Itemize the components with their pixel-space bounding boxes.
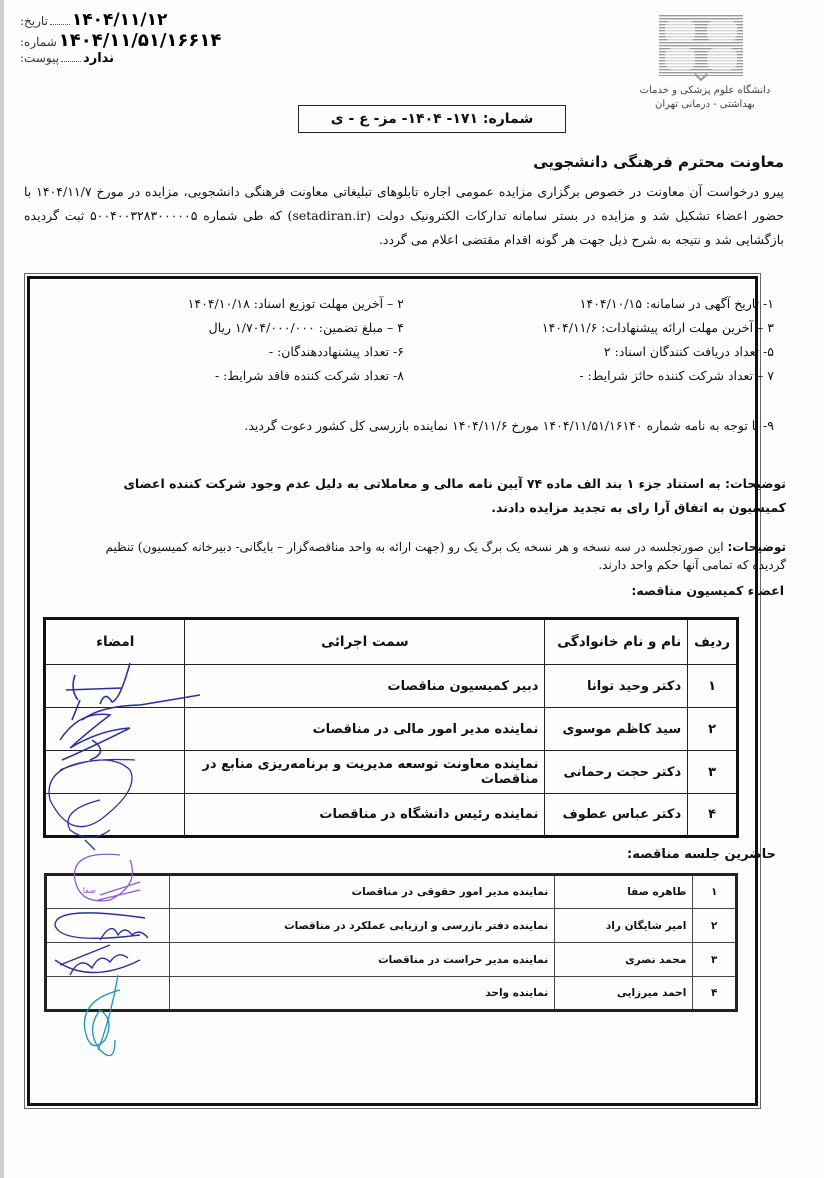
copies-note-label: توضیحات: xyxy=(727,540,786,554)
attachment-label: پیوست: xyxy=(20,51,59,65)
signature-cell xyxy=(46,909,170,943)
date-row: ۱۴۰۴/۱۱/۱۲ تاریخ: xyxy=(20,10,220,30)
attendee-name: امیر شایگان راد xyxy=(555,909,693,943)
row-number: ۲ xyxy=(688,708,738,751)
date-value: ۱۴۰۴/۱۱/۱۲ xyxy=(72,10,167,30)
table-row: ۴ دکتر عباس عطوف نماینده رئیس دانشگاه در… xyxy=(45,794,738,837)
row-number: ۱ xyxy=(693,875,737,909)
member-role: دبیر کمیسیون مناقصات xyxy=(185,665,545,708)
number-row: ۱۴۰۴/۱۱/۵۱/۱۶۶۱۴ شماره: xyxy=(20,30,220,51)
member-role: نماینده رئیس دانشگاه در مناقصات xyxy=(185,794,545,837)
details-row: ۳ – آخرین مهلت ارائه پیشنهادات: ۱۴۰۴/۱۱/… xyxy=(64,315,774,339)
attachment-value: ندارد xyxy=(83,51,114,66)
detail-item-3: ۳ – آخرین مهلت ارائه پیشنهادات: ۱۴۰۴/۱۱/… xyxy=(444,320,774,335)
signature-cell xyxy=(46,977,170,1011)
salutation: معاونت محترم فرهنگی دانشجویی xyxy=(533,153,784,171)
org-line-1: دانشگاه علوم پزشکی و خدمات xyxy=(610,84,800,98)
member-name: دکتر وحید توانا xyxy=(545,665,688,708)
member-name: سید کاظم موسوی xyxy=(545,708,688,751)
member-role: نماینده مدیر امور مالی در مناقصات xyxy=(185,708,545,751)
details-row: ۵- تعداد دریافت کنندگان اسناد: ۲ ۶- تعدا… xyxy=(64,339,774,363)
attendee-role: نماینده مدیر امور حقوقی در مناقصات xyxy=(169,875,555,909)
row-number: ۴ xyxy=(688,794,738,837)
row-number: ۳ xyxy=(693,943,737,977)
attendee-name: طاهره صفا xyxy=(555,875,693,909)
reference-number: شماره: ۱۷۱- ۱۴۰۴- مز- ع - ی xyxy=(298,105,566,133)
table-header-row: ردیف نام و نام خانوادگی سمت اجرائی امضاء xyxy=(45,619,738,665)
copies-note: توضیحات: این صورتجلسه در سه نسخه و هر نس… xyxy=(76,538,786,574)
table-row: ۲ سید کاظم موسوی نماینده مدیر امور مالی … xyxy=(45,708,738,751)
attendees-table: ۱ طاهره صفا نماینده مدیر امور حقوقی در م… xyxy=(44,873,738,1012)
row-number: ۴ xyxy=(693,977,737,1011)
intro-paragraph: پیرو درخواست آن معاونت در خصوص برگزاری م… xyxy=(24,180,784,252)
attendee-name: احمد میرزایی xyxy=(555,977,693,1011)
details-row: ۷ – تعداد شرکت کننده حائز شرایط: - ۸- تع… xyxy=(64,363,774,387)
col-header-role: سمت اجرائی xyxy=(185,619,545,665)
details-row: ۱- تاریخ آگهی در سامانه: ۱۴۰۴/۱۰/۱۵ ۲ – … xyxy=(64,291,774,315)
row-number: ۳ xyxy=(688,751,738,794)
table-row: ۱ دکتر وحید توانا دبیر کمیسیون مناقصات xyxy=(45,665,738,708)
col-header-name: نام و نام خانوادگی xyxy=(545,619,688,665)
signature-cell xyxy=(45,708,185,751)
members-title: اعضاء کمیسیون مناقصه: xyxy=(631,583,784,598)
detail-item-6: ۶- تعداد پیشنهاددهندگان: - xyxy=(64,344,444,359)
number-value: ۱۴۰۴/۱۱/۵۱/۱۶۶۱۴ xyxy=(59,30,222,51)
number-label: شماره: xyxy=(20,35,57,49)
member-name: دکتر حجت رحمانی xyxy=(545,751,688,794)
attendee-name: محمد نصری xyxy=(555,943,693,977)
university-logo-icon xyxy=(655,12,747,82)
dotted-line xyxy=(50,24,70,25)
copies-note-text: این صورتجلسه در سه نسخه و هر نسخه یک برگ… xyxy=(106,540,786,572)
col-header-signature: امضاء xyxy=(45,619,185,665)
member-name: دکتر عباس عطوف xyxy=(545,794,688,837)
table-row: ۱ طاهره صفا نماینده مدیر امور حقوقی در م… xyxy=(46,875,737,909)
table-row: ۴ احمد میرزایی نماینده واحد xyxy=(46,977,737,1011)
col-header-row-number: ردیف xyxy=(688,619,738,665)
table-row: ۳ دکتر حجت رحمانی نماینده معاونت توسعه م… xyxy=(45,751,738,794)
attendee-role: نماینده واحد xyxy=(169,977,555,1011)
university-name: دانشگاه علوم پزشکی و خدمات بهداشتی - درم… xyxy=(610,84,800,112)
row-number: ۲ xyxy=(693,909,737,943)
decision-note: توضیحات: به استناد جزء ۱ بند الف ماده ۷۴… xyxy=(86,472,786,520)
attendee-role: نماینده دفتر بازرسی و ارزیابی عملکرد در … xyxy=(169,909,555,943)
dotted-line xyxy=(61,61,81,62)
member-role: نماینده معاونت توسعه مدیریت و برنامه‌ریز… xyxy=(185,751,545,794)
page-edge xyxy=(0,0,4,1178)
row-number: ۱ xyxy=(688,665,738,708)
signature-cell xyxy=(46,943,170,977)
detail-item-7: ۷ – تعداد شرکت کننده حائز شرایط: - xyxy=(444,368,774,383)
detail-item-8: ۸- تعداد شرکت کننده فاقد شرایط: - xyxy=(64,368,444,383)
signature-cell xyxy=(45,794,185,837)
attendee-role: نماینده مدیر حراست در مناقصات xyxy=(169,943,555,977)
detail-item-1: ۱- تاریخ آگهی در سامانه: ۱۴۰۴/۱۰/۱۵ xyxy=(444,296,774,311)
detail-item-9: ۹- با توجه به نامه شماره ۱۴۰۴/۱۱/۵۱/۱۶۱۴… xyxy=(244,418,774,433)
org-line-2: بهداشتی - درمانی تهران xyxy=(610,98,800,112)
detail-item-2: ۲ – آخرین مهلت توزیع اسناد: ۱۴۰۴/۱۰/۱۸ xyxy=(64,296,444,311)
auction-details: ۱- تاریخ آگهی در سامانه: ۱۴۰۴/۱۰/۱۵ ۲ – … xyxy=(64,291,774,387)
commission-members-table: ردیف نام و نام خانوادگی سمت اجرائی امضاء… xyxy=(43,617,739,838)
date-label: تاریخ: xyxy=(20,14,48,28)
table-row: ۲ امیر شایگان راد نماینده دفتر بازرسی و … xyxy=(46,909,737,943)
detail-item-4: ۴ – مبلغ تضمین: ۱/۷۰۴/۰۰۰/۰۰۰ ریال xyxy=(64,320,444,335)
signature-cell xyxy=(46,875,170,909)
attendees-title: حاضرین جلسه مناقصه: xyxy=(627,847,776,862)
detail-item-5: ۵- تعداد دریافت کنندگان اسناد: ۲ xyxy=(444,344,774,359)
signature-cell xyxy=(45,665,185,708)
signature-cell xyxy=(45,751,185,794)
letter-meta: ۱۴۰۴/۱۱/۱۲ تاریخ: ۱۴۰۴/۱۱/۵۱/۱۶۶۱۴ شماره… xyxy=(20,10,220,66)
attachment-row: ندارد پیوست: xyxy=(20,51,220,66)
table-row: ۳ محمد نصری نماینده مدیر حراست در مناقصا… xyxy=(46,943,737,977)
